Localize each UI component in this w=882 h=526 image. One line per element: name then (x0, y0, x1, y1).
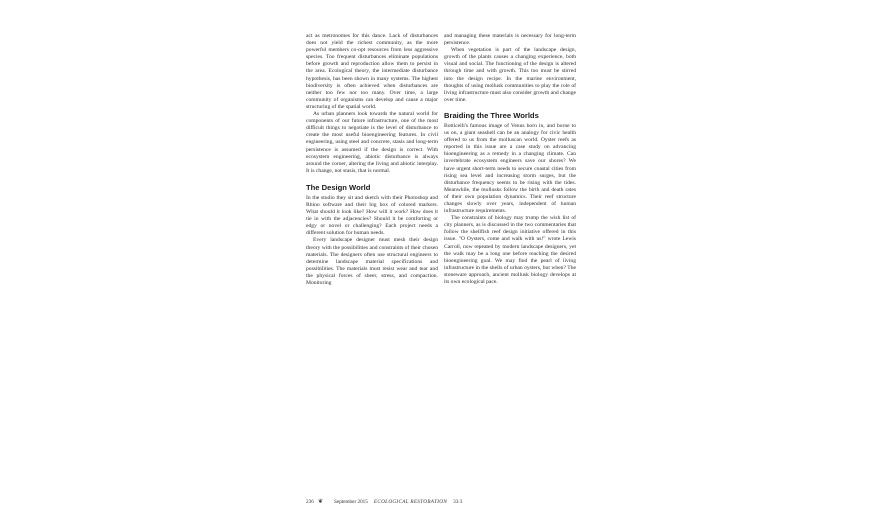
body-paragraph: As urban planners look towards the natur… (306, 111, 438, 175)
journal-page: act as metronomes for this dance. Lack o… (0, 0, 882, 526)
page-footer: 236 ❦ September 2015 Ecological Restorat… (306, 498, 462, 505)
left-column: act as metronomes for this dance. Lack o… (306, 33, 438, 287)
journal-title: Ecological Restoration (374, 499, 447, 505)
body-paragraph: The constraints of biology may trump the… (444, 215, 576, 286)
body-paragraph: and managing these materials is necessar… (444, 33, 576, 47)
volume-issue: 33:3 (453, 499, 462, 505)
section-heading: Braiding the Three Worlds (444, 111, 576, 120)
issue-date: September 2015 (334, 499, 368, 505)
right-column: and managing these materials is necessar… (444, 33, 576, 286)
body-paragraph: act as metronomes for this dance. Lack o… (306, 33, 438, 111)
body-paragraph: Botticelli's famous image of Venus born … (444, 123, 576, 215)
section-heading: The Design World (306, 183, 438, 192)
page-number: 236 (306, 499, 318, 505)
fleuron-icon: ❦ (318, 498, 334, 505)
body-paragraph: When vegetation is part of the landscape… (444, 47, 576, 104)
body-paragraph: In the studio they sit and sketch with t… (306, 195, 438, 238)
body-paragraph: Every landscape designer must mesh their… (306, 237, 438, 287)
